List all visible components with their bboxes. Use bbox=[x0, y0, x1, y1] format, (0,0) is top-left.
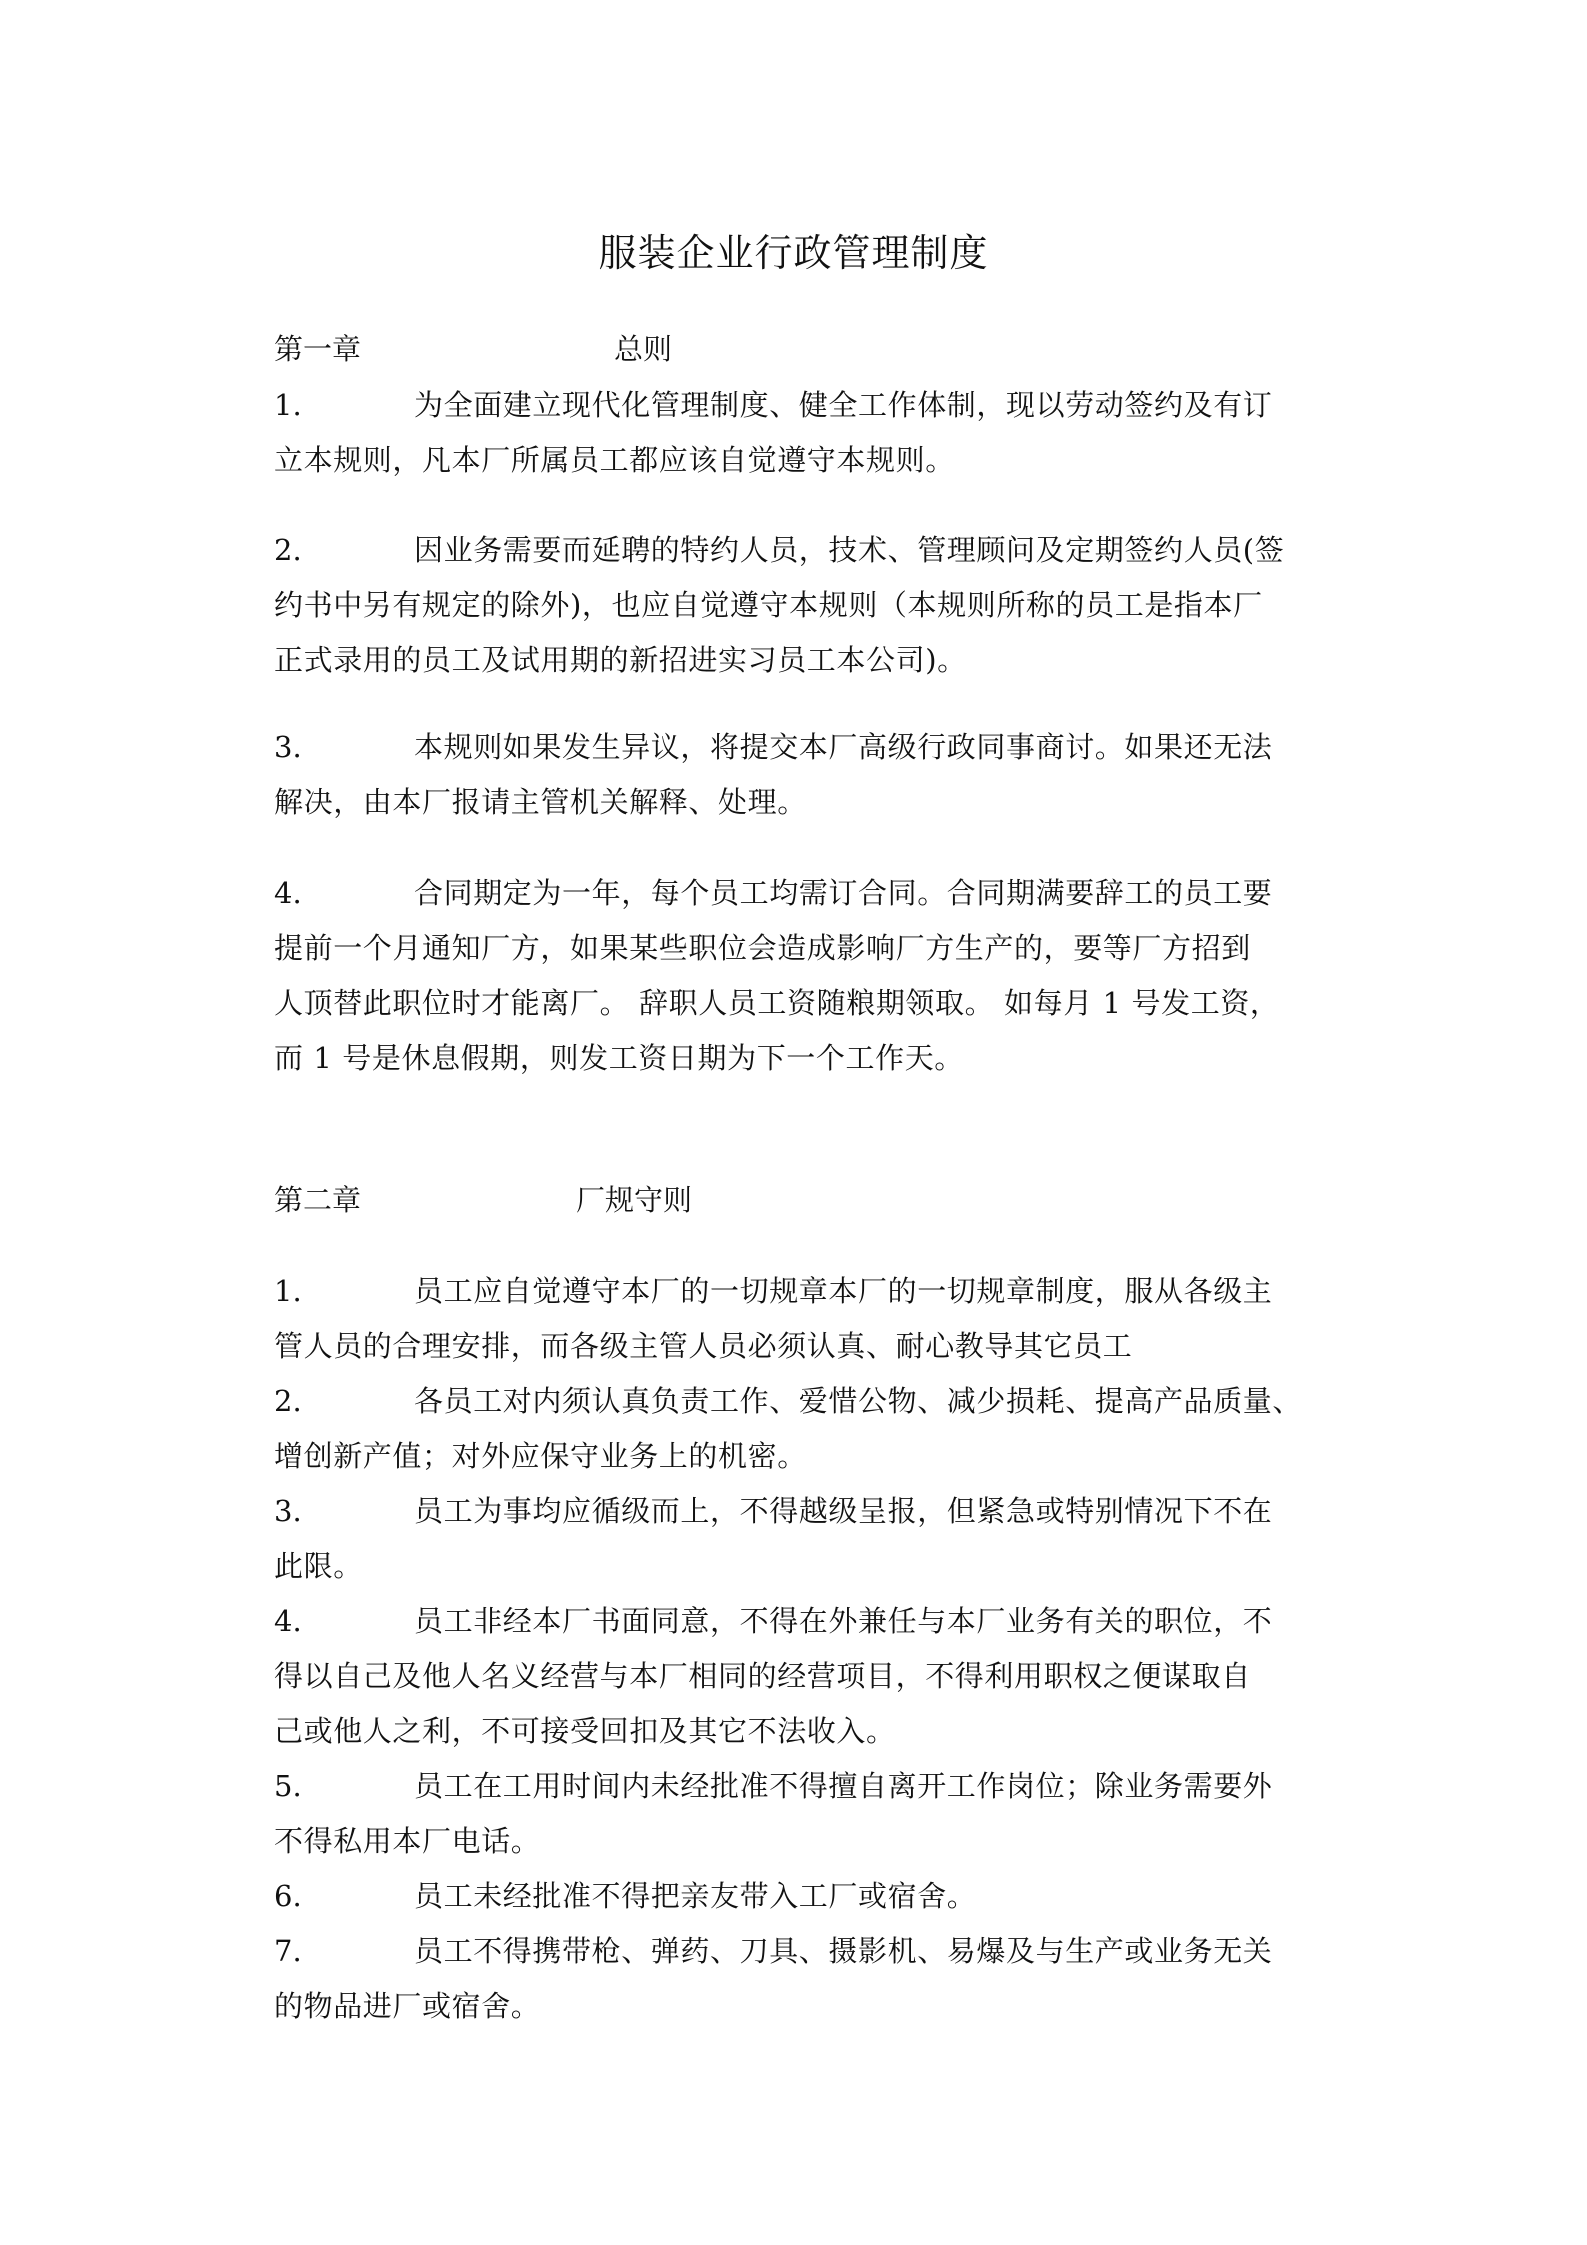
item-text-line: 员工在工用时间内未经批准不得擅自离开工作岗位；除业务需要外 bbox=[414, 1759, 1272, 1814]
item-text-line: 因业务需要而延聘的特约人员，技术、管理顾问及定期签约人员(签 bbox=[414, 523, 1284, 578]
item-text-line: 约书中另有规定的除外)，也应自觉遵守本规则（本规则所称的员工是指本厂 bbox=[274, 578, 1356, 633]
item-text-line: 而 1 号是休息假期，则发工资日期为下一个工作天。 bbox=[274, 1031, 1356, 1086]
item-text-line: 此限。 bbox=[274, 1539, 1356, 1594]
chapter-1-item-3: 3.本规则如果发生异议，将提交本厂高级行政同事商讨。如果还无法 解决，由本厂报请… bbox=[274, 720, 1356, 830]
item-text-line: 得以自己及他人名义经营与本厂相同的经营项目，不得利用职权之便谋取自 bbox=[274, 1649, 1356, 1704]
item-text-line: 员工为事均应循级而上，不得越级呈报，但紧急或特别情况下不在 bbox=[414, 1484, 1272, 1539]
chapter-1-item-2: 2.因业务需要而延聘的特约人员，技术、管理顾问及定期签约人员(签 约书中另有规定… bbox=[274, 523, 1356, 688]
chapter-2-item-3: 3.员工为事均应循级而上，不得越级呈报，但紧急或特别情况下不在 此限。 bbox=[274, 1484, 1356, 1594]
item-text-line: 正式录用的员工及试用期的新招进实习员工本公司)。 bbox=[274, 633, 1356, 688]
item-number: 3. bbox=[274, 720, 414, 775]
item-text-line: 己或他人之利，不可接受回扣及其它不法收入。 bbox=[274, 1704, 1356, 1759]
item-number: 1. bbox=[274, 1264, 414, 1319]
chapter-2-item-6: 6.员工未经批准不得把亲友带入工厂或宿舍。 bbox=[274, 1869, 1356, 1924]
item-number: 3. bbox=[274, 1484, 414, 1539]
chapter-number: 第二章 bbox=[274, 1173, 576, 1228]
chapter-1-heading: 第一章 总则 bbox=[274, 322, 1356, 377]
item-text-line: 各员工对内须认真负责工作、爱惜公物、减少损耗、提高产品质量、 bbox=[414, 1374, 1302, 1429]
item-text-line: 合同期定为一年，每个员工均需订合同。合同期满要辞工的员工要 bbox=[414, 866, 1272, 921]
document-page: 服装企业行政管理制度 第一章 总则 1.为全面建立现代化管理制度、健全工作体制，… bbox=[0, 0, 1587, 2245]
item-number: 4. bbox=[274, 1594, 414, 1649]
item-number: 2. bbox=[274, 1374, 414, 1429]
item-number: 6. bbox=[274, 1869, 414, 1924]
item-text-line: 解决，由本厂报请主管机关解释、处理。 bbox=[274, 775, 1356, 830]
item-text-line: 员工应自觉遵守本厂的一切规章本厂的一切规章制度，服从各级主 bbox=[414, 1264, 1272, 1319]
item-number: 4. bbox=[274, 866, 414, 921]
item-number: 1. bbox=[274, 378, 414, 433]
item-text-line: 立本规则，凡本厂所属员工都应该自觉遵守本规则。 bbox=[274, 433, 1356, 488]
chapter-2-item-4: 4.员工非经本厂书面同意，不得在外兼任与本厂业务有关的职位，不 得以自己及他人名… bbox=[274, 1594, 1356, 1759]
item-text-line: 不得私用本厂电话。 bbox=[274, 1814, 1356, 1869]
item-text-line: 本规则如果发生异议，将提交本厂高级行政同事商讨。如果还无法 bbox=[414, 720, 1272, 775]
document-title: 服装企业行政管理制度 bbox=[0, 222, 1587, 277]
chapter-2-item-5: 5.员工在工用时间内未经批准不得擅自离开工作岗位；除业务需要外 不得私用本厂电话… bbox=[274, 1759, 1356, 1869]
chapter-1-item-1: 1.为全面建立现代化管理制度、健全工作体制，现以劳动签约及有订 立本规则，凡本厂… bbox=[274, 378, 1356, 488]
chapter-2-item-1: 1.员工应自觉遵守本厂的一切规章本厂的一切规章制度，服从各级主 管人员的合理安排… bbox=[274, 1264, 1356, 1374]
chapter-1-item-4: 4.合同期定为一年，每个员工均需订合同。合同期满要辞工的员工要 提前一个月通知厂… bbox=[274, 866, 1356, 1086]
chapter-name: 厂规守则 bbox=[576, 1173, 692, 1228]
chapter-2-item-7: 7.员工不得携带枪、弹药、刀具、摄影机、易爆及与生产或业务无关 的物品进厂或宿舍… bbox=[274, 1924, 1356, 2034]
chapter-2-items: 1.员工应自觉遵守本厂的一切规章本厂的一切规章制度，服从各级主 管人员的合理安排… bbox=[274, 1264, 1356, 2034]
chapter-2-item-2: 2.各员工对内须认真负责工作、爱惜公物、减少损耗、提高产品质量、 增创新产值；对… bbox=[274, 1374, 1356, 1484]
item-text-line: 员工非经本厂书面同意，不得在外兼任与本厂业务有关的职位，不 bbox=[414, 1594, 1272, 1649]
item-text-line: 提前一个月通知厂方，如果某些职位会造成影响厂方生产的，要等厂方招到 bbox=[274, 921, 1356, 976]
item-text-line: 员工未经批准不得把亲友带入工厂或宿舍。 bbox=[414, 1869, 976, 1924]
item-number: 2. bbox=[274, 523, 414, 578]
chapter-number: 第一章 bbox=[274, 322, 614, 377]
item-text-line: 员工不得携带枪、弹药、刀具、摄影机、易爆及与生产或业务无关 bbox=[414, 1924, 1272, 1979]
chapter-2-heading: 第二章 厂规守则 bbox=[274, 1173, 1356, 1228]
item-text-line: 管人员的合理安排，而各级主管人员必须认真、耐心教导其它员工 bbox=[274, 1319, 1356, 1374]
item-text-line: 的物品进厂或宿舍。 bbox=[274, 1979, 1356, 2034]
chapter-name: 总则 bbox=[614, 322, 672, 377]
item-number: 5. bbox=[274, 1759, 414, 1814]
item-text-line: 增创新产值；对外应保守业务上的机密。 bbox=[274, 1429, 1356, 1484]
item-text-line: 为全面建立现代化管理制度、健全工作体制，现以劳动签约及有订 bbox=[414, 378, 1272, 433]
item-text-line: 人顶替此职位时才能离厂。 辞职人员工资随粮期领取。 如每月 1 号发工资， bbox=[274, 976, 1356, 1031]
item-number: 7. bbox=[274, 1924, 414, 1979]
